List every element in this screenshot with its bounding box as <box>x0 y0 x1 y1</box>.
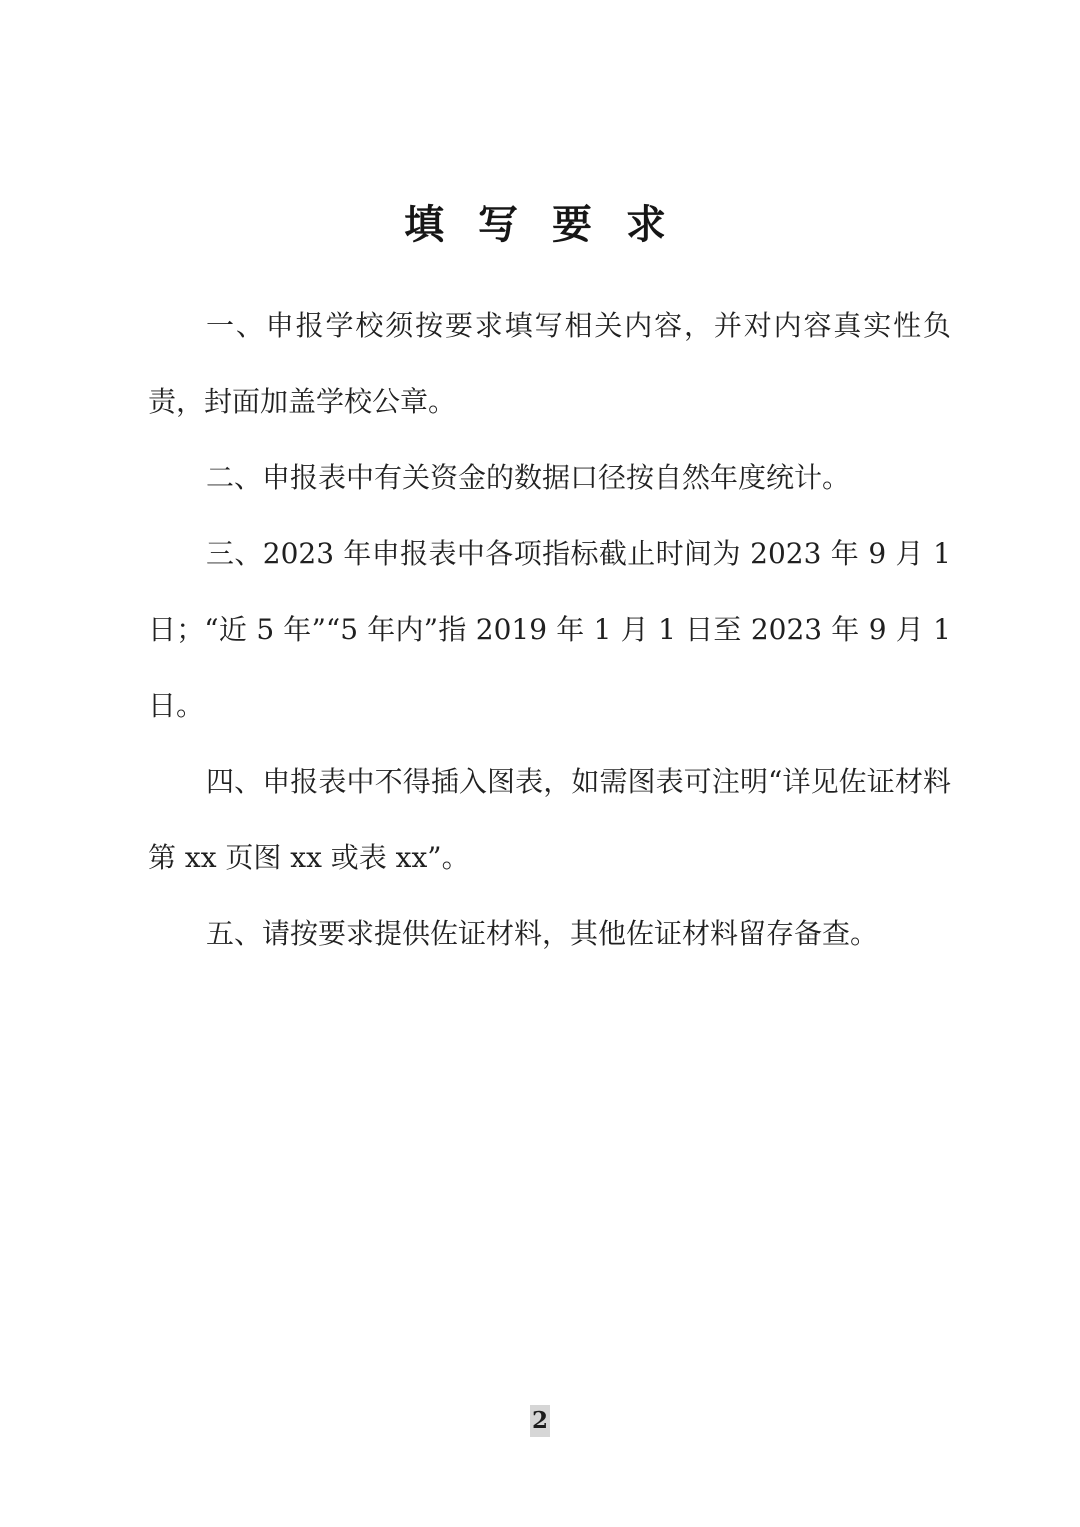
requirement-item-1: 一、申报学校须按要求填写相关内容，并对内容真实性负责，封面加盖学校公章。 <box>148 288 951 440</box>
requirement-item-5: 五、请按要求提供佐证材料，其他佐证材料留存备查。 <box>148 896 951 972</box>
page-footer: 2 <box>0 1405 1080 1437</box>
requirement-item-2: 二、申报表中有关资金的数据口径按自然年度统计。 <box>148 440 951 516</box>
requirement-item-3: 三、2023 年申报表中各项指标截止时间为 2023 年 9 月 1 日；“近 … <box>148 516 951 744</box>
requirements-body: 一、申报学校须按要求填写相关内容，并对内容真实性负责，封面加盖学校公章。 二、申… <box>148 288 951 972</box>
page-title: 填 写 要 求 <box>0 193 1080 250</box>
page-number: 2 <box>530 1405 550 1437</box>
requirement-item-4: 四、申报表中不得插入图表，如需图表可注明“详见佐证材料第 xx 页图 xx 或表… <box>148 744 951 896</box>
document-page: 填 写 要 求 一、申报学校须按要求填写相关内容，并对内容真实性负责，封面加盖学… <box>0 0 1080 1527</box>
